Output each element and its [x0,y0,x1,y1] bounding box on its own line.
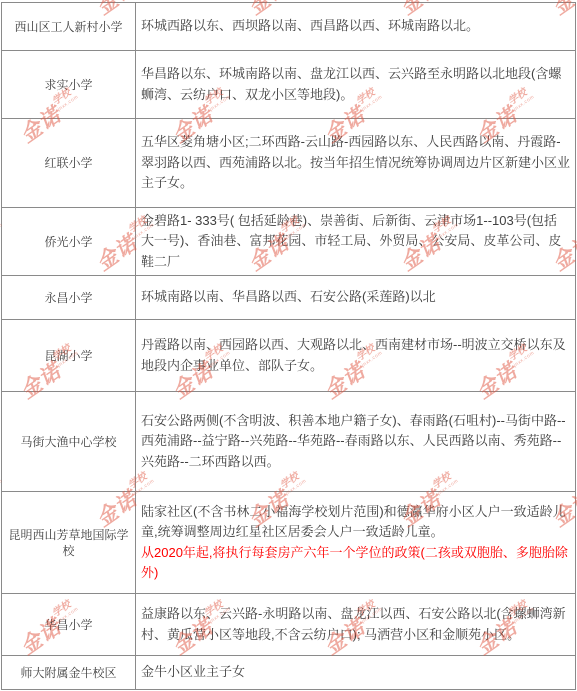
zone-red-note: 从2020年起,将执行每套房产六年一个学位的政策(二孩或双胞胎、多胞胎除外) [141,545,568,581]
zone-text: 华昌路以东、环城南路以南、盘龙江以西、云兴路至永明路以北地段(含螺蛳湾、云纺户口… [141,66,561,102]
zone-description: 金碧路1- 333号( 包括延龄巷)、崇善街、后新街、云津市场1--103号(包… [136,208,576,276]
zone-description: 环城西路以东、西坝路以南、西昌路以西、环城南路以北。 [136,3,576,51]
zone-description: 环城南路以南、华昌路以西、石安公路(采莲路)以北 [136,276,576,320]
school-name: 西山区工人新村小学 [2,3,136,51]
table-row: 求实小学 华昌路以东、环城南路以南、盘龙江以西、云兴路至永明路以北地段(含螺蛳湾… [2,51,576,119]
school-name: 昆湖小学 [2,320,136,392]
school-name: 永昌小学 [2,276,136,320]
school-name: 求实小学 [2,51,136,119]
zone-text: 金牛小区业主子女 [141,664,245,679]
zone-text: 金碧路1- 333号( 包括延龄巷)、崇善街、后新街、云津市场1--103号(包… [141,213,561,269]
zone-description: 益康路以东、云兴路-永明路以南、盘龙江以西、石安公路以北(含螺蛳湾新村、黄瓜营小… [136,594,576,656]
zone-description: 陆家社区(不含书林二小福海学校划片范围)和德瀛华府小区人户一致适龄儿童,统筹调整… [136,492,576,594]
school-name: 昆明西山芳草地国际学校 [2,492,136,594]
table-row: 红联小学 五华区菱角塘小区;二环西路-云山路-西园路以东、人民西路以南、丹霞路-… [2,119,576,208]
zone-description: 金牛小区业主子女 [136,656,576,690]
school-zoning-table: 西山区工人新村小学 环城西路以东、西坝路以南、西昌路以西、环城南路以北。 求实小… [1,2,576,690]
zone-description: 五华区菱角塘小区;二环西路-云山路-西园路以东、人民西路以南、丹霞路-翠羽路以西… [136,119,576,208]
table-row: 西山区工人新村小学 环城西路以东、西坝路以南、西昌路以西、环城南路以北。 [2,3,576,51]
zone-text: 益康路以东、云兴路-永明路以南、盘龙江以西、石安公路以北(含螺蛳湾新村、黄瓜营小… [141,606,566,642]
zone-text: 陆家社区(不含书林二小福海学校划片范围)和德瀛华府小区人户一致适龄儿童,统筹调整… [141,504,566,540]
zone-text: 环城南路以南、华昌路以西、石安公路(采莲路)以北 [141,289,436,304]
school-name: 华昌小学 [2,594,136,656]
zone-text: 五华区菱角塘小区;二环西路-云山路-西园路以东、人民西路以南、丹霞路-翠羽路以西… [141,134,570,190]
school-name: 马街大渔中心学校 [2,392,136,492]
table-row: 师大附属金牛校区 金牛小区业主子女 [2,656,576,690]
zone-description: 丹霞路以南、西园路以西、大观路以北、西南建材市场--明波立交桥以东及地段内企事业… [136,320,576,392]
zone-text: 石安公路两侧(不含明波、积善本地户籍子女)、春雨路(石咀村)--马街中路--西苑… [141,413,566,469]
table-row: 华昌小学 益康路以东、云兴路-永明路以南、盘龙江以西、石安公路以北(含螺蛳湾新村… [2,594,576,656]
table-row: 侨光小学 金碧路1- 333号( 包括延龄巷)、崇善街、后新街、云津市场1--1… [2,208,576,276]
school-name: 师大附属金牛校区 [2,656,136,690]
school-name: 侨光小学 [2,208,136,276]
table-row: 永昌小学 环城南路以南、华昌路以西、石安公路(采莲路)以北 [2,276,576,320]
zone-text: 环城西路以东、西坝路以南、西昌路以西、环城南路以北。 [141,18,479,33]
zone-description: 石安公路两侧(不含明波、积善本地户籍子女)、春雨路(石咀村)--马街中路--西苑… [136,392,576,492]
table-row: 马街大渔中心学校 石安公路两侧(不含明波、积善本地户籍子女)、春雨路(石咀村)-… [2,392,576,492]
table-row: 昆明西山芳草地国际学校 陆家社区(不含书林二小福海学校划片范围)和德瀛华府小区人… [2,492,576,594]
zone-text: 丹霞路以南、西园路以西、大观路以北、西南建材市场--明波立交桥以东及地段内企事业… [141,337,566,373]
zone-description: 华昌路以东、环城南路以南、盘龙江以西、云兴路至永明路以北地段(含螺蛳湾、云纺户口… [136,51,576,119]
school-name: 红联小学 [2,119,136,208]
table-row: 昆湖小学 丹霞路以南、西园路以西、大观路以北、西南建材市场--明波立交桥以东及地… [2,320,576,392]
